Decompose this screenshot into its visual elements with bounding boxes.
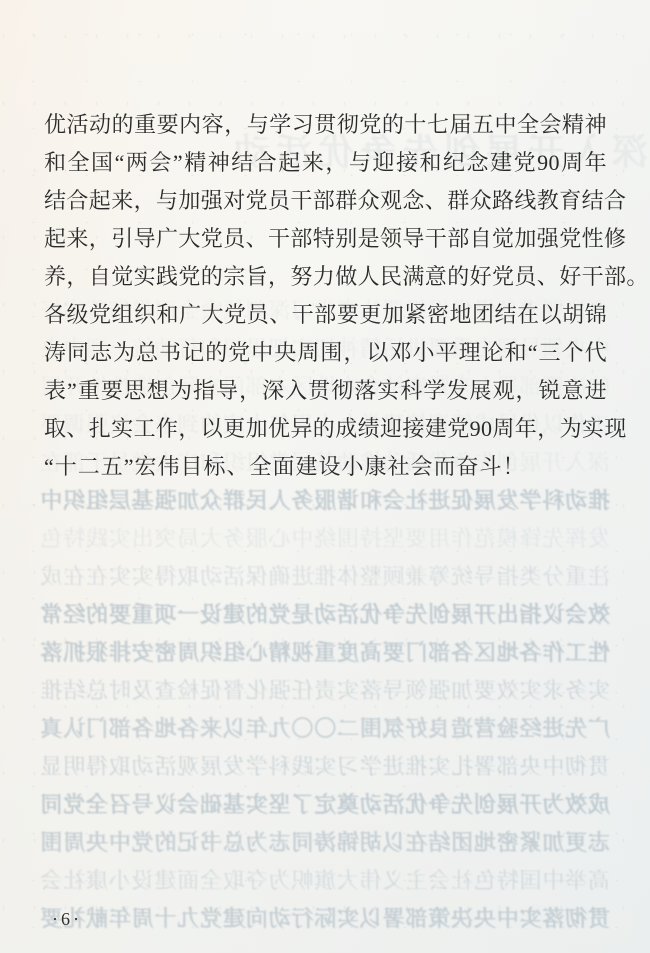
document-body: 优活动的重要内容，与学习贯彻党的十七届五中全会精神 和全国“两会”精神结合起来，… (44, 106, 607, 486)
bleedthrough-line: 高举中国特色社会主义伟大旗帜为夺取全面建设小康社会 (40, 862, 610, 900)
bleedthrough-line: 志更加紧密地团结在以胡锦涛同志为总书记的党中央周围 (40, 824, 610, 862)
body-text-line: 和全国“两会”精神结合起来，与迎接和纪念建党90周年 (44, 144, 607, 182)
body-text-line: 优活动的重要内容，与学习贯彻党的十七届五中全会精神 (44, 106, 607, 144)
bleedthrough-line: 推动科学发展促进社会和谐服务人民群众加强基层组织中 (40, 482, 610, 520)
bleedthrough-line: 广先进经验营造良好氛围二〇〇九年以来各地各部门认真 (40, 710, 610, 748)
bleedthrough-line: 实务求实效要加强领导落实责任强化督促检查及时总结推 (40, 672, 610, 710)
bleedthrough-line: 性工作各地区各部门要高度重视精心组织周密安排狠抓落 (40, 634, 610, 672)
body-text-line: 各级党组织和广大党员、干部要更加紧密地团结在以胡锦 (44, 296, 607, 334)
scanned-document-page: 深入开展创先争优活动 会议要求各级党组织要认真学习深刻领会全面贯彻落实好 中央领… (0, 0, 650, 953)
body-text-line: 取、扎实工作，以更加优异的成绩迎接建党90周年，为实现 (44, 410, 607, 448)
body-text-line: “十二五”宏伟目标、全面建设小康社会而奋斗！ (44, 448, 607, 486)
body-text-line: 起来，引导广大党员、干部特别是领导干部自觉加强党性修 (44, 220, 607, 258)
body-text-line: 涛同志为总书记的党中央周围，以邓小平理论和“三个代 (44, 334, 607, 372)
body-text-line: 表”重要思想为指导，深入贯彻落实科学发展观，锐意进 (44, 372, 607, 410)
bleedthrough-line: 注重分类指导统筹兼顾整体推进确保活动取得实实在在成 (40, 558, 610, 596)
bleedthrough-line: 成效为开展创先争优活动奠定了坚实基础会议号召全党同 (40, 786, 610, 824)
bleedthrough-line: 发挥先锋模范作用要坚持围绕中心服务大局突出实践特色 (40, 520, 610, 558)
body-text-line: 结合起来，与加强对党员干部群众观念、群众路线教育结合 (44, 182, 607, 220)
page-number: ·6· (52, 909, 82, 930)
bleedthrough-line: 效会议指出开展创先争优活动是党的建设一项重要的经常 (40, 596, 610, 634)
body-text-line: 养，自觉实践党的宗旨，努力做人民满意的好党员、好干部。 (44, 258, 607, 296)
bleedthrough-line: 贯彻落实中央决策部署以实际行动向建党九十周年献礼要 (40, 900, 610, 938)
bleedthrough-line: 贯彻中央部署扎实推进学习实践科学发展观活动取得明显 (40, 748, 610, 786)
